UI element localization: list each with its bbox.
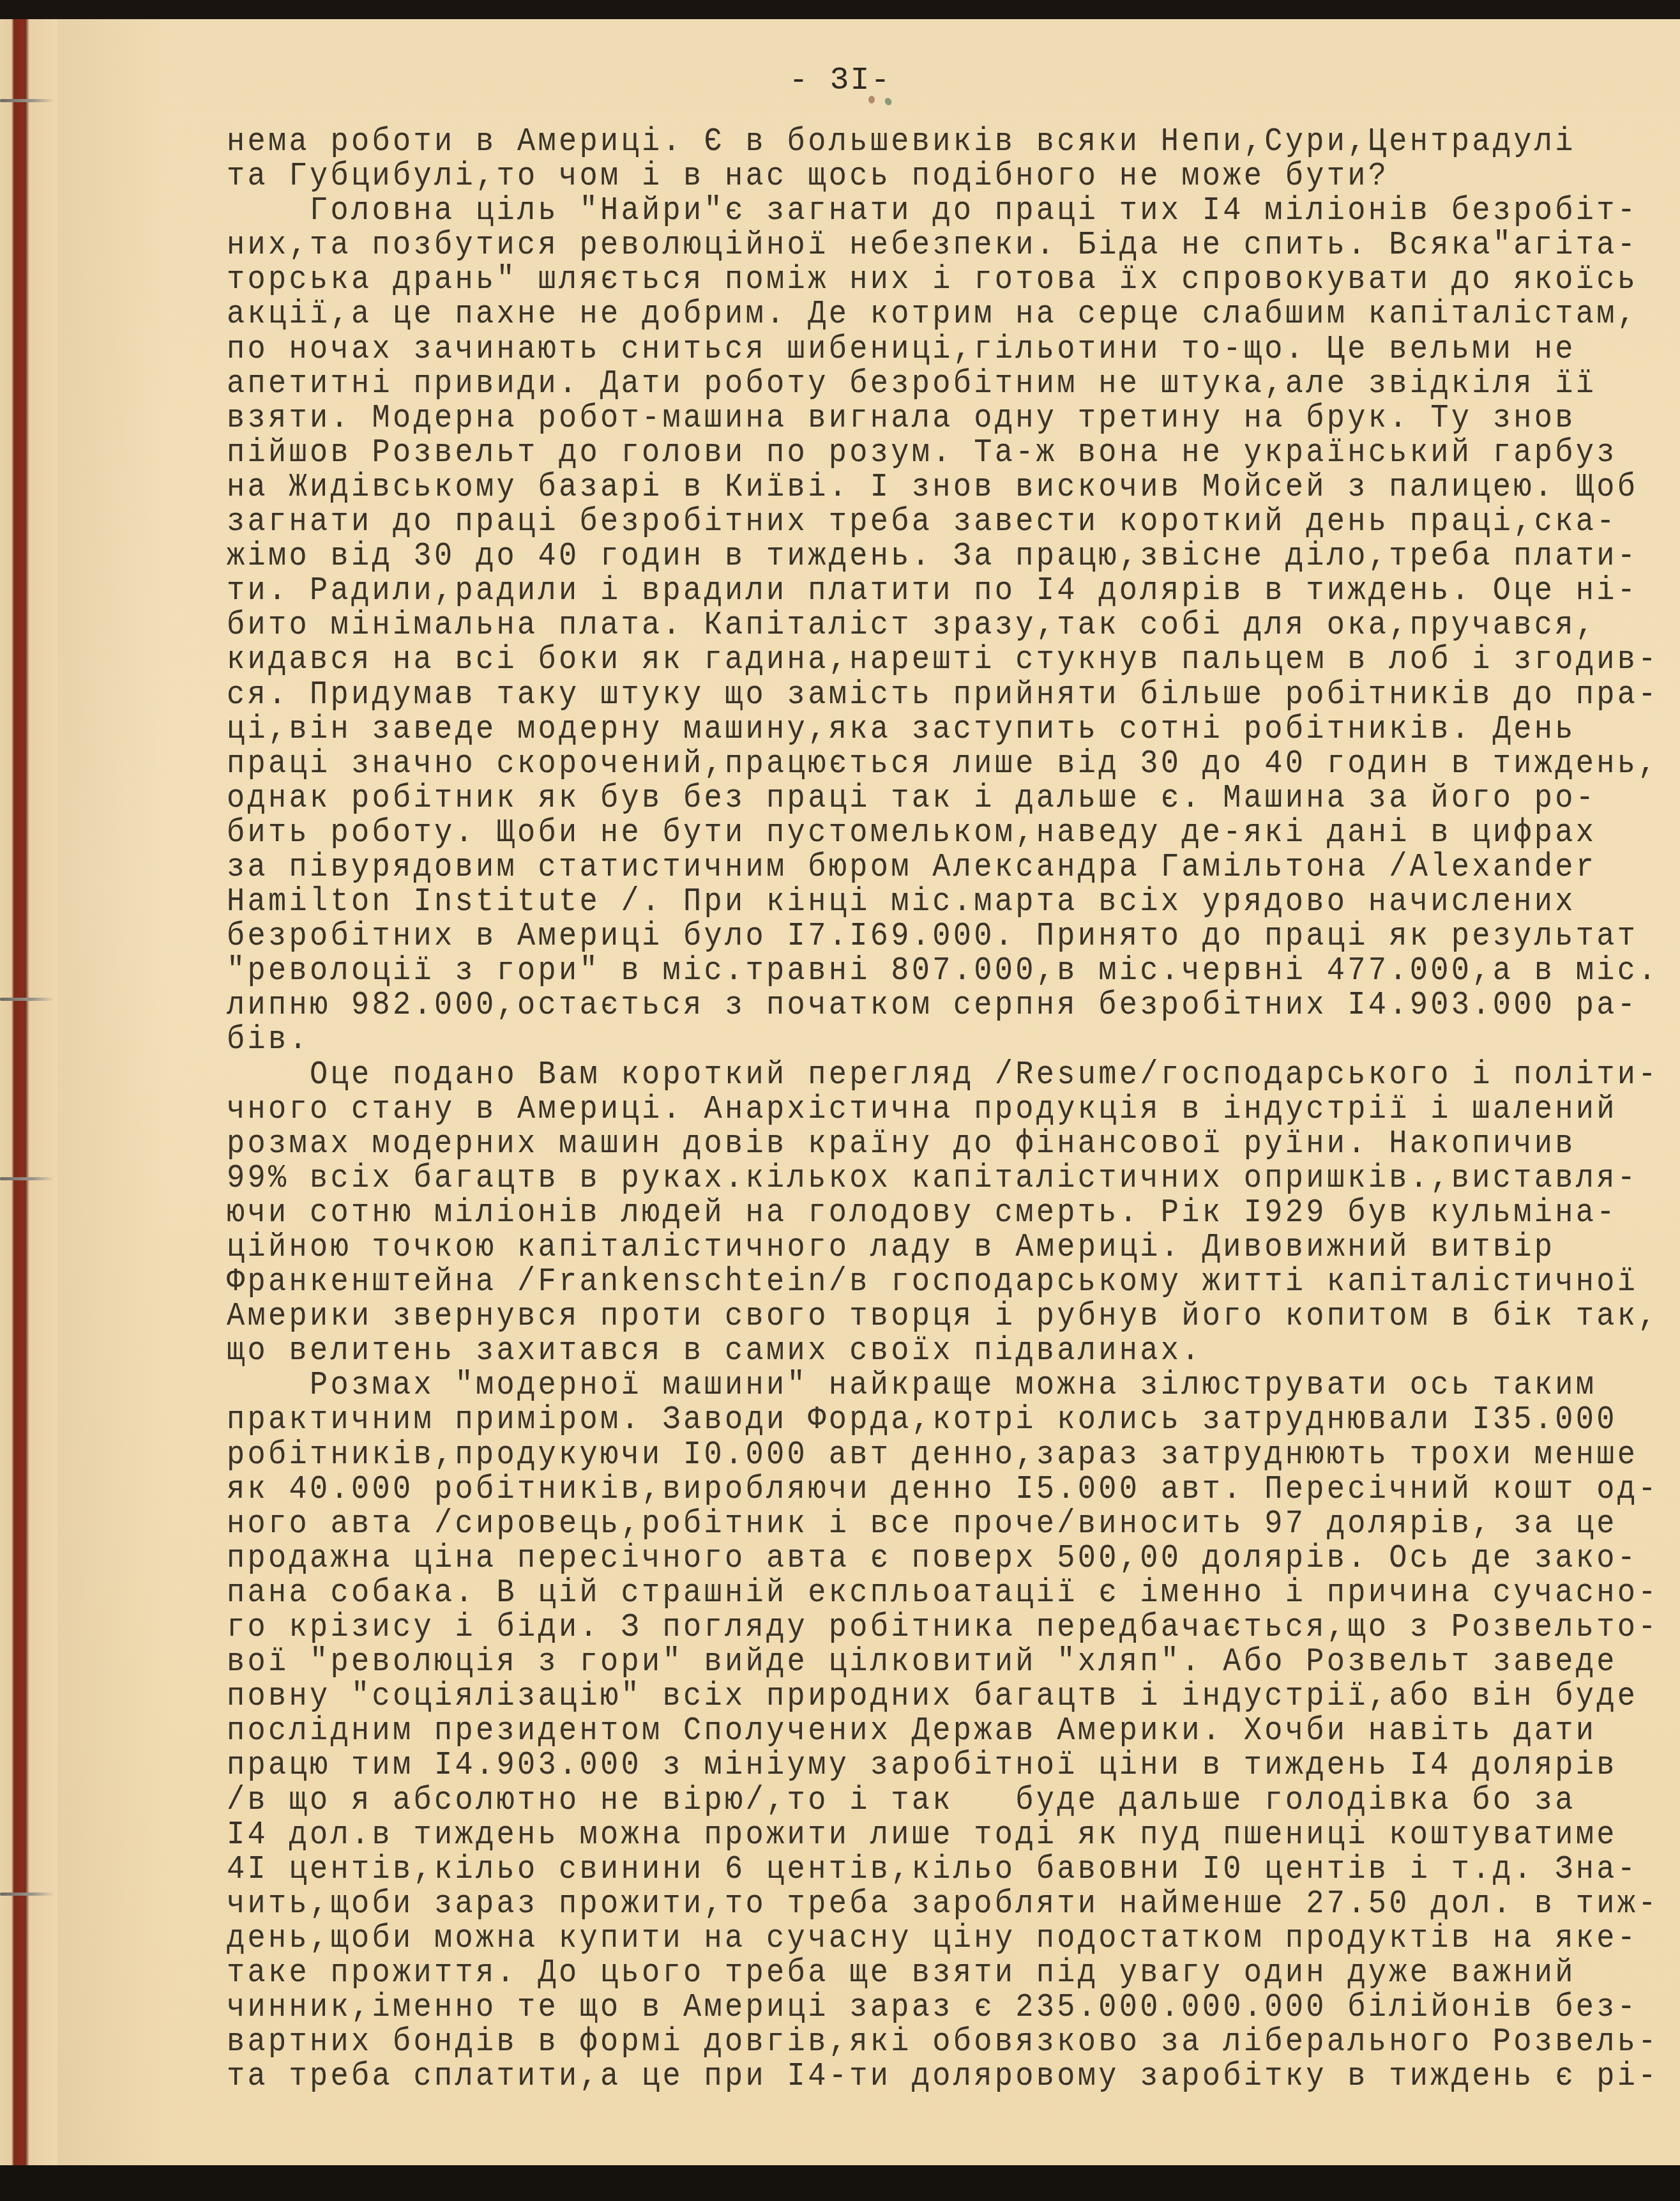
text-line: бів. bbox=[227, 1021, 1580, 1060]
text-line: та треба сплатити,а це при І4-ти доляров… bbox=[227, 2058, 1580, 2097]
text-line: як 40.000 робітників,виробляючи денно І5… bbox=[227, 1470, 1580, 1509]
text-line: чного стану в Америці. Анархістична прод… bbox=[227, 1090, 1580, 1129]
text-line: кидався на всі боки як гадина,нарешті ст… bbox=[227, 641, 1580, 680]
staple-1 bbox=[0, 99, 54, 102]
body-text: нема роботи в Америці. Є в большевиків в… bbox=[227, 125, 1580, 2094]
text-line: /в що я абсолютно не вірю/,то і так буде… bbox=[227, 1781, 1580, 1820]
text-line: Головна ціль "Найри"є загнати до праці т… bbox=[227, 192, 1580, 231]
text-line: Розмах "модерної машини" найкраще можна … bbox=[227, 1367, 1580, 1406]
text-line: І4 дол.в тиждень можна прожити лише тоді… bbox=[227, 1816, 1580, 1855]
text-line: Америки звернувся проти свого творця і р… bbox=[227, 1298, 1580, 1337]
text-line: пійшов Розвельт до голови по розум. Та-ж… bbox=[227, 434, 1580, 473]
text-line: ційною точкою капіталістичного ладу в Ам… bbox=[227, 1229, 1580, 1268]
text-line: 99% всіх багацтв в руках.кількох капітал… bbox=[227, 1160, 1580, 1199]
text-line: практичним приміром. Заводи Форда,котрі … bbox=[227, 1401, 1580, 1440]
text-line: акції,а це пахне не добрим. Де котрим на… bbox=[227, 296, 1580, 335]
text-line: липню 982.000,остається з початком серпн… bbox=[227, 987, 1580, 1026]
staple-2 bbox=[0, 998, 54, 1001]
text-line: го крізису і біди. З погляду робітника п… bbox=[227, 1609, 1580, 1648]
text-line: бить роботу. Щоби не бути пустомельком,н… bbox=[227, 814, 1580, 853]
text-line: Франкенштейна /Frankenschtein/в господар… bbox=[227, 1263, 1580, 1302]
text-line: що велитень захитався в самих своїх підв… bbox=[227, 1332, 1580, 1371]
text-line: апетитні привиди. Дати роботу безробітни… bbox=[227, 365, 1580, 404]
text-line: однак робітник як був без праці так і да… bbox=[227, 780, 1580, 819]
text-line: вої "революція з гори" вийде цілковитий … bbox=[227, 1643, 1580, 1682]
text-line: них,та позбутися революційної небезпеки.… bbox=[227, 227, 1580, 266]
text-line: по ночах зачинають сниться шибениці,гіль… bbox=[227, 330, 1580, 369]
scan-border bbox=[0, 2165, 1680, 2201]
text-line: бито мінімальна плата. Капіталіст зразу,… bbox=[227, 607, 1580, 646]
text-line: Hamilton Institute /. При кінці міс.март… bbox=[227, 883, 1580, 922]
text-line: ного авта /сировець,робітник і все проче… bbox=[227, 1505, 1580, 1544]
text-line: взяти. Модерна робот-машина вигнала одну… bbox=[227, 400, 1580, 439]
text-line: ся. Придумав таку штуку що замість прийн… bbox=[227, 676, 1580, 715]
text-line: працю тим І4.903.000 з мініуму заробітно… bbox=[227, 1747, 1580, 1786]
text-line: за півурядовим статистичним бюром Алекса… bbox=[227, 849, 1580, 888]
text-line: день,щоби можна купити на сучасну ціну п… bbox=[227, 1920, 1580, 1959]
text-line: розмах модерних машин довів країну до фі… bbox=[227, 1125, 1580, 1164]
text-line: ючи сотню міліонів людей на голодову сме… bbox=[227, 1194, 1580, 1233]
text-line: чинник,іменно те що в Америці зараз є 23… bbox=[227, 1989, 1580, 2028]
text-line: Оце подано Вам короткий перегляд /Resume… bbox=[227, 1056, 1580, 1095]
text-line: торська дрань" шляється поміж них і гото… bbox=[227, 261, 1580, 300]
text-line: ці,він заведе модерну машину,яка заступи… bbox=[227, 710, 1580, 749]
text-line: послідним президентом Сполучених Держав … bbox=[227, 1712, 1580, 1751]
text-line: праці значно скорочений,працюється лише … bbox=[227, 745, 1580, 784]
text-line: та Губцибулі,то чом і в нас щось подібно… bbox=[227, 158, 1580, 197]
text-line: "револоції з гори" в міс.травні 807.000,… bbox=[227, 952, 1580, 991]
text-line: безробітних в Америці було І7.І69.000. П… bbox=[227, 918, 1580, 957]
text-line: на Жидівському базарі в Київі. І знов ви… bbox=[227, 469, 1580, 508]
text-line: ти. Радили,радили і врадили платити по І… bbox=[227, 572, 1580, 611]
text-line: повну "соціялізацію" всіх природних бага… bbox=[227, 1678, 1580, 1717]
staple-3 bbox=[0, 1177, 54, 1180]
text-line: 4І центів,кільо свинини 6 центів,кільо б… bbox=[227, 1850, 1580, 1889]
staple-4 bbox=[0, 1893, 54, 1896]
text-line: вартних бондів в формі довгів,які обовяз… bbox=[227, 2023, 1580, 2062]
text-line: робітників,продукуючи І0.000 авт денно,з… bbox=[227, 1436, 1580, 1475]
text-line: нема роботи в Америці. Є в большевиків в… bbox=[227, 123, 1580, 162]
ink-dots bbox=[868, 96, 894, 106]
text-line: продажна ціна пересічного авта є поверх … bbox=[227, 1540, 1580, 1579]
text-line: загнати до праці безробітних треба завес… bbox=[227, 503, 1580, 542]
page-number: - 3I- bbox=[0, 63, 1680, 99]
text-line: таке прожиття. До цього треба ще взяти п… bbox=[227, 1954, 1580, 1993]
binding-tape bbox=[0, 19, 57, 2184]
text-line: пана собака. В цій страшній експльоатаці… bbox=[227, 1574, 1580, 1613]
text-line: чить,щоби зараз прожити,то треба заробля… bbox=[227, 1885, 1580, 1924]
text-line: жімо від 30 до 40 годин в тиждень. За пр… bbox=[227, 538, 1580, 577]
